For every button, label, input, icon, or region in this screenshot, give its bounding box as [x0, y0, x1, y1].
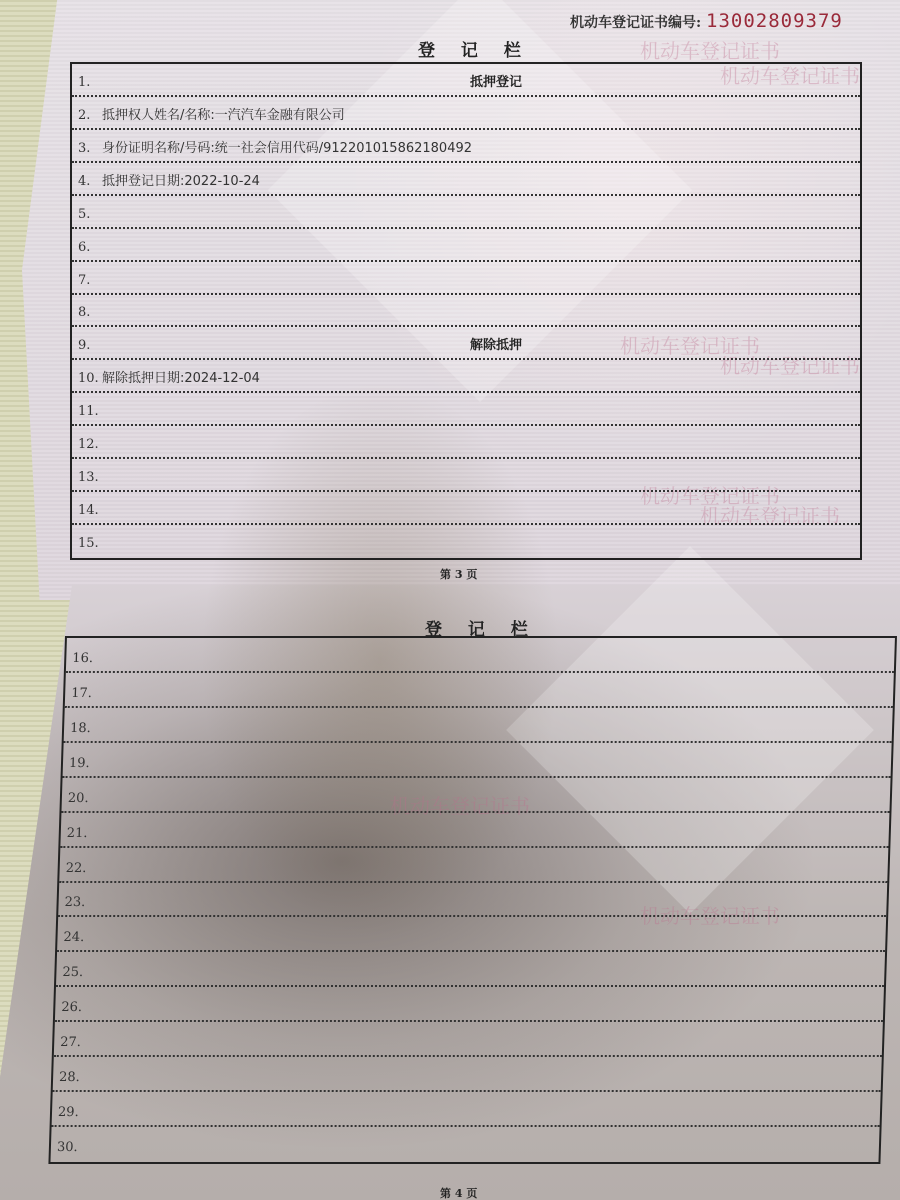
register-row: 19. — [63, 743, 892, 778]
register-row: 7. — [72, 262, 860, 295]
register-row: 3.身份证明名称/号码:统一社会信用代码/912201015862180492 — [72, 130, 860, 163]
register-row: 10.解除抵押日期:2024-12-04 — [72, 360, 860, 393]
row-number: 25. — [62, 965, 83, 980]
register-row: 13. — [72, 459, 860, 492]
page-3-title: 登 记 栏 — [418, 36, 531, 61]
row-number: 6. — [78, 240, 90, 255]
page-4-number: 第 4 页 — [440, 1185, 477, 1200]
register-row: 28. — [53, 1057, 882, 1092]
certificate-number-label: 机动车登记证书编号: — [570, 15, 701, 31]
row-number: 2. — [78, 108, 90, 123]
row-number: 18. — [70, 721, 91, 736]
register-row: 29. — [52, 1092, 881, 1127]
page-3-number: 第 3 页 — [440, 566, 477, 582]
row-number: 10. — [78, 371, 99, 386]
register-row: 8. — [72, 295, 860, 328]
register-row: 12. — [72, 426, 860, 459]
row-number: 21. — [67, 826, 88, 841]
row-number: 5. — [78, 207, 90, 222]
row-number: 30. — [57, 1140, 78, 1155]
row-number: 29. — [58, 1105, 79, 1120]
row-number: 13. — [78, 470, 99, 485]
row-number: 26. — [61, 1000, 82, 1015]
row-number: 15. — [78, 536, 99, 551]
register-row: 16. — [66, 638, 895, 673]
register-row: 9.解除抵押 — [72, 327, 860, 360]
row-number: 16. — [72, 651, 93, 666]
register-row: 20. — [61, 778, 890, 813]
certificate-number-value: 13002809379 — [706, 10, 843, 32]
row-number: 4. — [78, 174, 90, 189]
register-row: 4.抵押登记日期:2022-10-24 — [72, 163, 860, 196]
row-number: 14. — [78, 503, 99, 518]
row-number: 22. — [65, 861, 86, 876]
register-row: 1.抵押登记 — [72, 64, 860, 97]
register-row: 6. — [72, 229, 860, 262]
row-number: 24. — [63, 930, 84, 945]
register-row: 26. — [55, 987, 884, 1022]
certificate-number: 机动车登记证书编号: 13002809379 — [570, 10, 843, 32]
row-text: 抵押权人姓名/名称:一汽汽车金融有限公司 — [102, 104, 345, 123]
row-number: 23. — [64, 895, 85, 910]
register-row: 18. — [64, 708, 893, 743]
register-row: 27. — [54, 1022, 883, 1057]
register-row: 11. — [72, 393, 860, 426]
register-row: 5. — [72, 196, 860, 229]
register-row: 14. — [72, 492, 860, 525]
row-number: 19. — [69, 756, 90, 771]
page-3-register-table: 1.抵押登记2.抵押权人姓名/名称:一汽汽车金融有限公司3.身份证明名称/号码:… — [70, 62, 862, 560]
row-number: 7. — [78, 273, 90, 288]
register-row: 17. — [65, 673, 894, 708]
register-row: 30. — [51, 1127, 880, 1160]
row-text: 身份证明名称/号码:统一社会信用代码/912201015862180492 — [102, 137, 472, 156]
row-number: 11. — [78, 404, 99, 419]
row-number: 20. — [68, 791, 89, 806]
row-number: 17. — [71, 686, 92, 701]
row-text: 解除抵押日期:2024-12-04 — [102, 367, 260, 386]
row-number: 28. — [59, 1070, 80, 1085]
row-number: 12. — [78, 437, 99, 452]
register-row: 25. — [56, 952, 885, 987]
register-row: 21. — [60, 813, 889, 848]
row-section-heading: 抵押登记 — [72, 71, 860, 90]
register-row: 2.抵押权人姓名/名称:一汽汽车金融有限公司 — [72, 97, 860, 130]
page-4-register-table: 16.17.18.19.20.21.22.23.24.25.26.27.28.2… — [48, 636, 897, 1164]
row-number: 27. — [60, 1035, 81, 1050]
register-row: 15. — [72, 525, 860, 556]
register-row: 23. — [58, 883, 887, 918]
row-number: 8. — [78, 305, 90, 320]
register-row: 24. — [57, 917, 886, 952]
row-text: 抵押登记日期:2022-10-24 — [102, 170, 260, 189]
row-number: 3. — [78, 141, 90, 156]
row-section-heading: 解除抵押 — [72, 334, 860, 353]
register-row: 22. — [59, 848, 888, 883]
